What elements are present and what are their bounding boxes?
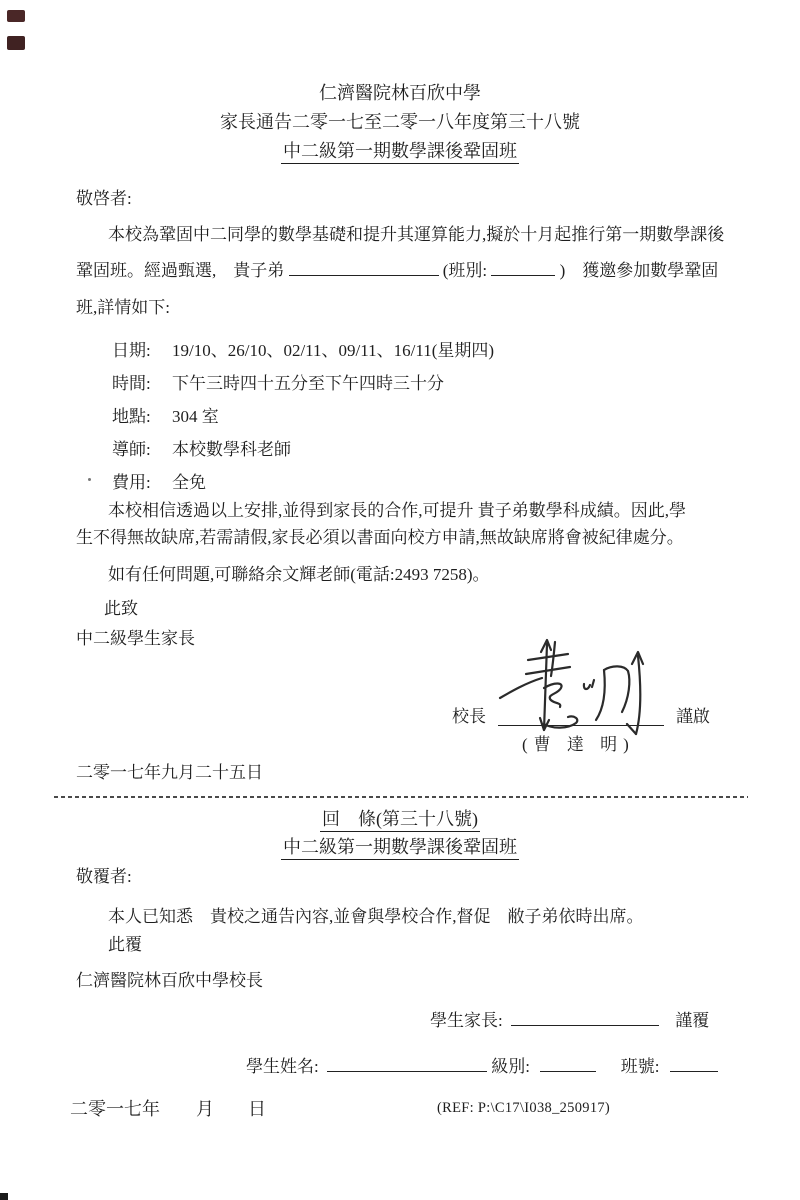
detail-value-fee: 全免 xyxy=(172,468,206,493)
class-number-label: 班號: xyxy=(621,1057,660,1076)
principal-name: (曹 達 明) xyxy=(522,734,635,755)
detail-value-tutor: 本校數學科老師 xyxy=(172,435,291,460)
class-level-blank xyxy=(540,1056,596,1072)
principal-signature xyxy=(492,636,652,738)
contact-line: 如有任何問題,可聯絡余文輝老師(電話:2493 7258)。 xyxy=(108,564,490,585)
notice-date: 二零一七年九月二十五日 xyxy=(76,762,263,783)
parent-signature-blank xyxy=(511,1010,659,1026)
reply-salutation: 敬覆者: xyxy=(76,866,132,887)
scan-artifact-top-2 xyxy=(7,36,25,50)
para1-line2-end: ) 獲邀參加數學鞏固 xyxy=(560,261,719,280)
para1-line2: 鞏固班。經過甄選, 貴子弟 (班別: ) 獲邀參加數學鞏固 xyxy=(76,260,718,281)
principal-sign-off: 謹啟 xyxy=(676,706,710,727)
scan-artifact-top-1 xyxy=(7,10,25,22)
parent-signature-row: 學生家長: 謹覆 xyxy=(430,1010,709,1031)
detail-label-time: 時間: xyxy=(112,369,151,394)
reply-date-month: 月 xyxy=(196,1098,214,1121)
salutation: 敬啓者: xyxy=(76,188,132,209)
reply-subtitle: 中二級第一期數學課後鞏固班 xyxy=(0,836,800,859)
reply-title-text: 回 條(第三十八號) xyxy=(320,809,480,832)
scan-artifact-dot xyxy=(88,478,91,481)
reply-date-day: 日 xyxy=(248,1098,266,1121)
student-name-label: 學生姓名: xyxy=(246,1057,319,1076)
reply-addressee: 仁濟醫院林百欣中學校長 xyxy=(76,970,263,991)
detail-value-time: 下午三時四十五分至下午四時三十分 xyxy=(172,369,444,394)
class-blank xyxy=(491,260,555,276)
para1-line1: 本校為鞏固中二同學的數學基礎和提升其運算能力,擬於十月起推行第一期數學課後 xyxy=(108,224,724,245)
student-name-field-blank xyxy=(327,1056,487,1072)
detail-label-fee: 費用: xyxy=(112,468,151,493)
reply-title: 回 條(第三十八號) xyxy=(0,808,800,831)
para2-line1: 本校相信透過以上安排,並得到家長的合作,可提升 貴子弟數學科成績。因此,學 xyxy=(108,500,686,521)
notice-title-text: 中二級第一期數學課後鞏固班 xyxy=(281,141,519,164)
para1-line2-class-label: (班別: xyxy=(443,261,487,280)
para2-line2: 生不得無故缺席,若需請假,家長必須以書面向校方申請,無故缺席將會被紀律處分。 xyxy=(76,527,684,548)
detail-label-date: 日期: xyxy=(112,336,151,361)
reply-date-year: 二零一七年 xyxy=(70,1098,160,1121)
student-name-blank xyxy=(289,260,439,276)
class-level-label: 級別: xyxy=(491,1057,530,1076)
closing-addressee: 中二級學生家長 xyxy=(76,628,195,649)
scanned-notice-page: 仁濟醫院林百欣中學 家長通告二零一七至二零一八年度第三十八號 中二級第一期數學課… xyxy=(0,0,800,1200)
parent-sign-off: 謹覆 xyxy=(675,1011,709,1030)
para1-line3: 班,詳情如下: xyxy=(76,297,170,318)
para1-line2-pre: 鞏固班。經過甄選, 貴子弟 xyxy=(76,261,284,280)
principal-label: 校長 xyxy=(452,706,486,727)
class-number-blank xyxy=(670,1056,718,1072)
student-info-row: 學生姓名: 級別: 班號: xyxy=(246,1056,718,1077)
detail-value-date: 19/10、26/10、02/11、09/11、16/11(星期四) xyxy=(172,336,494,361)
ref-number: (REF: P:\C17\I038_250917) xyxy=(437,1099,610,1117)
closing-cite: 此致 xyxy=(104,598,138,619)
divider-dashed xyxy=(54,796,748,798)
scan-artifact-bottom xyxy=(0,1193,8,1200)
parent-label: 學生家長: xyxy=(430,1011,503,1030)
notice-number: 家長通告二零一七至二零一八年度第三十八號 xyxy=(0,111,800,134)
detail-value-venue: 304 室 xyxy=(172,402,219,427)
school-name: 仁濟醫院林百欣中學 xyxy=(0,82,800,105)
reply-body: 本人已知悉 貴校之通告內容,並會與學校合作,督促 敝子弟依時出席。 xyxy=(108,906,644,927)
reply-subtitle-text: 中二級第一期數學課後鞏固班 xyxy=(281,837,519,860)
detail-label-tutor: 導師: xyxy=(112,435,151,460)
detail-label-venue: 地點: xyxy=(112,402,151,427)
notice-title: 中二級第一期數學課後鞏固班 xyxy=(0,140,800,163)
reply-closing: 此覆 xyxy=(108,934,142,955)
